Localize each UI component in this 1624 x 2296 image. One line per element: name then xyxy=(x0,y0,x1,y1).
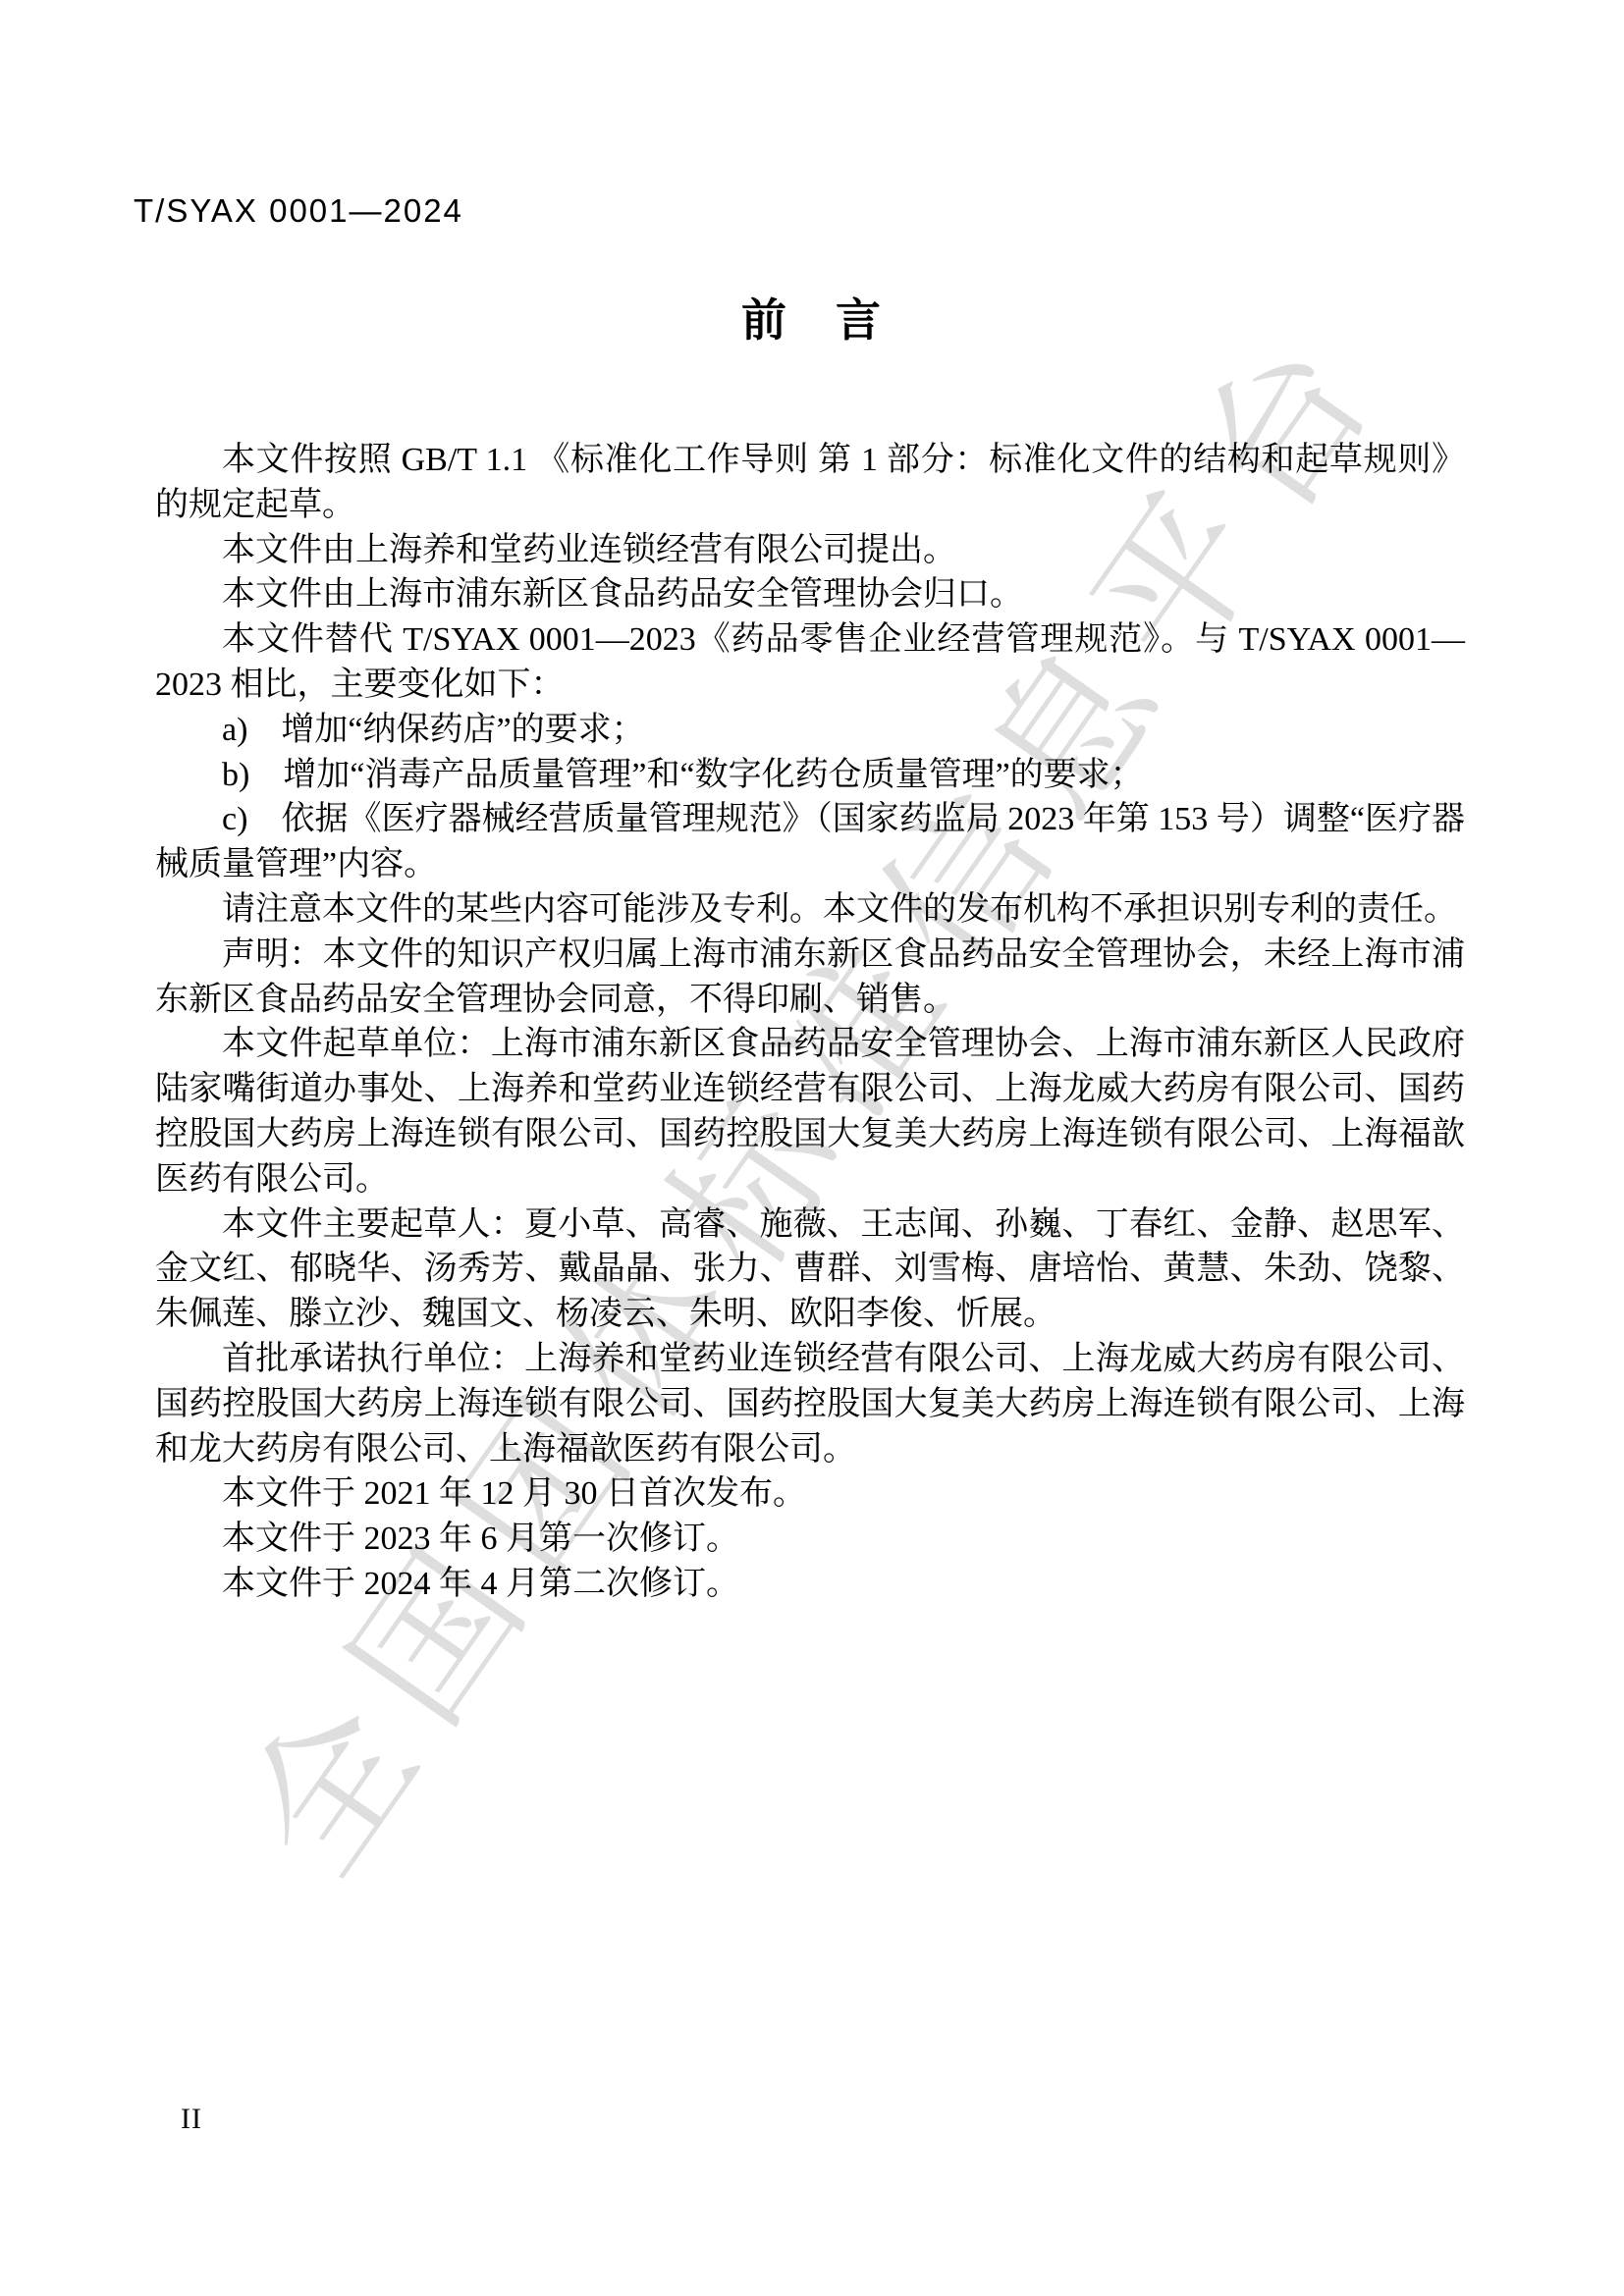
foreword-paragraph: 本文件主要起草人：夏小草、高睿、施薇、王志闻、孙巍、丁春红、金静、赵思军、金文红… xyxy=(155,1202,1465,1337)
foreword-paragraph: 本文件于 2023 年 6 月第一次修订。 xyxy=(155,1517,1465,1562)
foreword-paragraph: 本文件由上海市浦东新区食品药品安全管理协会归口。 xyxy=(155,572,1465,617)
foreword-paragraph: 首批承诺执行单位：上海养和堂药业连锁经营有限公司、上海龙威大药房有限公司、国药控… xyxy=(155,1337,1465,1471)
foreword-list-item-a: a) 增加“纳保药店”的要求； xyxy=(155,708,1465,753)
foreword-list-item-c: c) 依据《医疗器械经营质量管理规范》（国家药监局 2023 年第 153 号）… xyxy=(155,797,1465,887)
foreword-paragraph: 本文件起草单位：上海市浦东新区食品药品安全管理协会、上海市浦东新区人民政府陆家嘴… xyxy=(155,1022,1465,1201)
foreword-title: 前 言 xyxy=(0,285,1624,349)
foreword-paragraph: 请注意本文件的某些内容可能涉及专利。本文件的发布机构不承担识别专利的责任。 xyxy=(155,887,1465,933)
foreword-body: 本文件按照 GB/T 1.1 《标准化工作导则 第 1 部分：标准化文件的结构和… xyxy=(155,438,1465,1607)
foreword-list-item-b: b) 增加“消毒产品质量管理”和“数字化药仓质量管理”的要求； xyxy=(155,753,1465,798)
foreword-paragraph: 本文件由上海养和堂药业连锁经营有限公司提出。 xyxy=(155,528,1465,573)
page-number: II xyxy=(181,2103,202,2136)
document-page: 全国团体标准信息平台 T/SYAX 0001—2024 前 言 本文件按照 GB… xyxy=(0,0,1624,2296)
foreword-paragraph: 本文件按照 GB/T 1.1 《标准化工作导则 第 1 部分：标准化文件的结构和… xyxy=(155,438,1465,528)
foreword-paragraph: 声明：本文件的知识产权归属上海市浦东新区食品药品安全管理协会，未经上海市浦东新区… xyxy=(155,933,1465,1023)
standard-number: T/SYAX 0001—2024 xyxy=(134,192,463,230)
foreword-paragraph: 本文件于 2024 年 4 月第二次修订。 xyxy=(155,1562,1465,1607)
foreword-paragraph: 本文件于 2021 年 12 月 30 日首次发布。 xyxy=(155,1471,1465,1517)
foreword-paragraph: 本文件替代 T/SYAX 0001—2023《药品零售企业经营管理规范》。与 T… xyxy=(155,617,1465,708)
